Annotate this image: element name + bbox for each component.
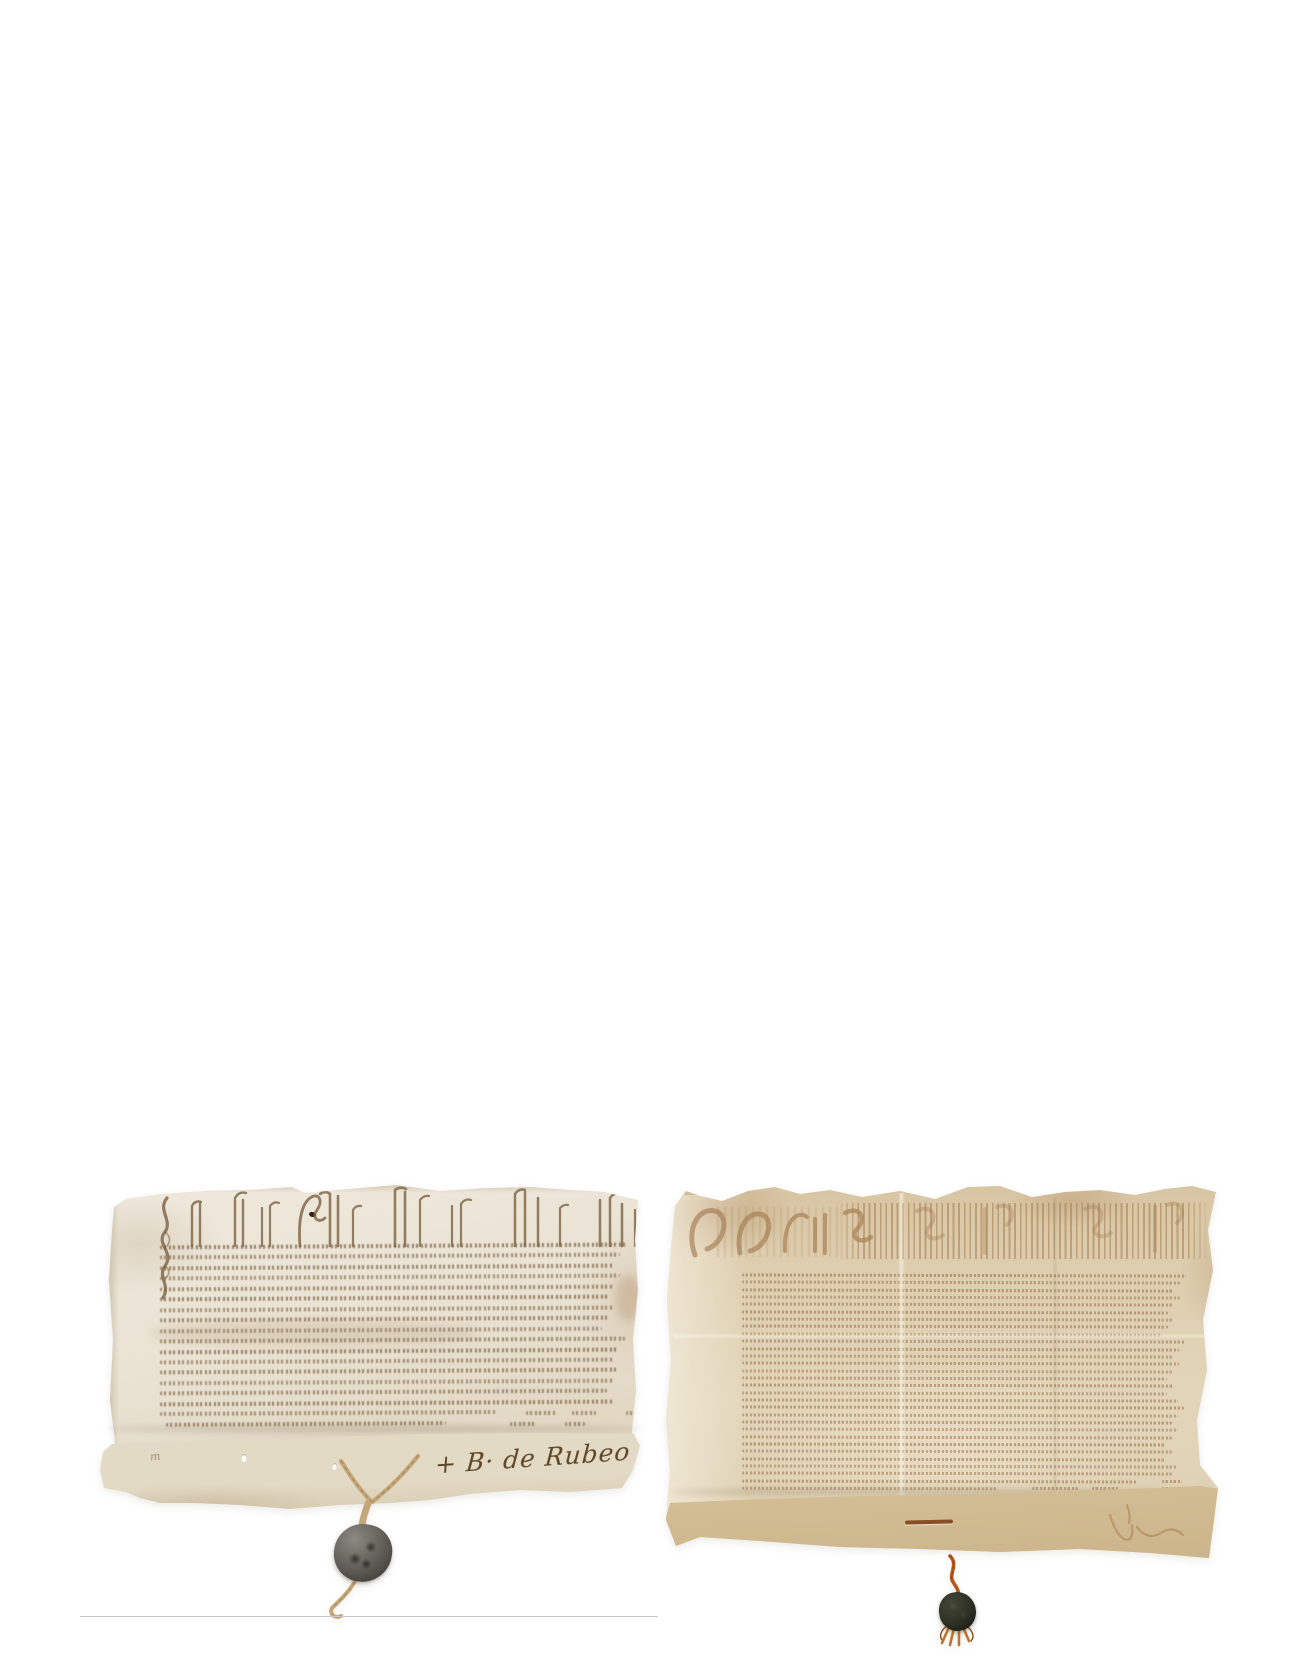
left-charter-photo: m + B· de Rubeo + xyxy=(95,1180,655,1650)
catalog-photo-canvas: m + B· de Rubeo + xyxy=(0,0,1301,1672)
right-charter-photo xyxy=(655,1175,1235,1672)
hemp-sealing-cord xyxy=(95,1180,655,1650)
hairline-rule xyxy=(80,1616,658,1617)
